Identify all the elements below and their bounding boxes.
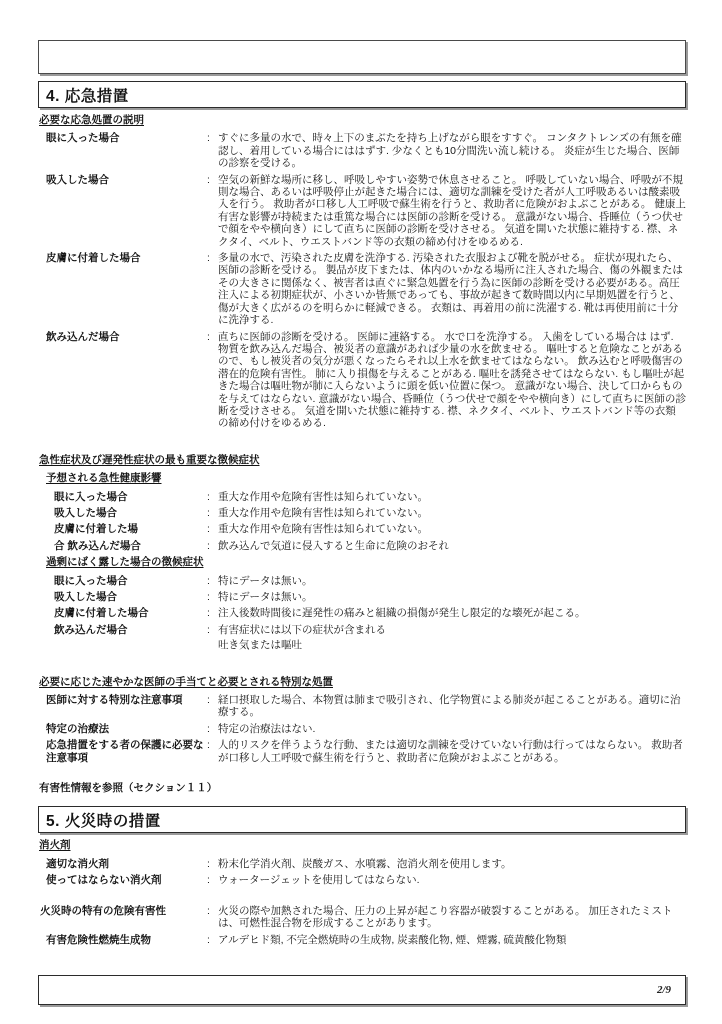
field-label: 眼に入った場合 <box>38 491 207 503</box>
field-label: 吸入した場合 <box>38 174 207 248</box>
field-value: アルデヒド類, 不完全燃焼時の生成物, 炭素酸化物, 煙、煙霧, 硫黄酸化物類 <box>218 934 686 946</box>
field-value: 有害症状には以下の症状が含まれる吐き気または嘔吐 <box>218 624 686 652</box>
group-heading: 必要な応急処置の説明 <box>38 114 686 126</box>
field-label: 飲み込んだ場合 <box>38 624 207 652</box>
field-label: 皮膚に付着した場合 <box>38 252 207 326</box>
field-value: 飲み込んで気道に侵入すると生命に危険のおそれ <box>218 540 686 552</box>
field-value: 空気の新鮮な場所に移し、呼吸しやすい姿勢で休息させること。 呼吸していない場合、… <box>218 174 686 248</box>
field-row: 眼に入った場合:特にデータは無い。 <box>38 575 686 587</box>
field-value: ウォータージェットを使用してはならない. <box>218 874 686 886</box>
field-value: 人的リスクを伴うような行動、または適切な訓練を受けていない行動は行ってはならない… <box>218 739 686 764</box>
field-colon: : <box>207 723 218 735</box>
field-value: 重大な作用や危険有害性は知られていない。 <box>218 491 686 503</box>
sds-document-page: 4. 応急措置必要な応急処置の説明眼に入った場合:すぐに多量の水で、時々上下のま… <box>0 0 722 1024</box>
field-row: 火災時の特有の危険有害性:火災の際や加熱された場合、圧力の上昇が起こり容器が破裂… <box>38 905 686 930</box>
field-row: 眼に入った場合:重大な作用や危険有害性は知られていない。 <box>38 491 686 503</box>
field-value: 特定の治療法はない. <box>218 723 686 735</box>
field-value: 特にデータは無い。 <box>218 591 686 603</box>
field-colon: : <box>207 739 218 764</box>
field-value: 直ちに医師の診断を受ける。 医師に連絡する。 水で口を洗浄する。 入歯をしている… <box>218 331 686 430</box>
field-value: 重大な作用や危険有害性は知られていない。 <box>218 523 686 535</box>
field-label: 使ってはならない消火剤 <box>38 874 207 886</box>
field-colon: : <box>207 132 218 169</box>
group-heading: 過剰にばく露した場合の徴候症状 <box>38 556 686 568</box>
field-label: 眼に入った場合 <box>38 575 207 587</box>
field-colon: : <box>207 858 218 870</box>
field-row: 飲み込んだ場合:直ちに医師の診断を受ける。 医師に連絡する。 水で口を洗浄する。… <box>38 331 686 430</box>
field-row: 特定の治療法:特定の治療法はない. <box>38 723 686 735</box>
field-label: 皮膚に付着した場合 <box>38 607 207 619</box>
field-colon: : <box>207 252 218 326</box>
field-colon: : <box>207 507 218 519</box>
field-colon: : <box>207 491 218 503</box>
field-colon: : <box>207 174 218 248</box>
field-value-line2: 吐き気または嘔吐 <box>218 639 686 651</box>
group-heading: 予想される急性健康影響 <box>38 472 686 484</box>
field-row: 吸入した場合:空気の新鮮な場所に移し、呼吸しやすい姿勢で休息させること。 呼吸し… <box>38 174 686 248</box>
field-row: 眼に入った場合:すぐに多量の水で、時々上下のまぶたを持ち上げながら眼をすすぐ。 … <box>38 132 686 169</box>
field-row: 飲み込んだ場合:有害症状には以下の症状が含まれる吐き気または嘔吐 <box>38 624 686 652</box>
field-label: 適切な消火剤 <box>38 858 207 870</box>
field-value: 重大な作用や危険有害性は知られていない。 <box>218 507 686 519</box>
field-value: すぐに多量の水で、時々上下のまぶたを持ち上げながら眼をすすぐ。 コンタクトレンズ… <box>218 132 686 169</box>
field-row: 医師に対する特別な注意事項:経口摂取した場合、本物質は肺まで吸引され、化学物質に… <box>38 694 686 719</box>
field-colon: : <box>207 905 218 930</box>
field-colon: : <box>207 591 218 603</box>
field-label: 皮膚に付着した場 <box>38 523 207 535</box>
sections-container: 4. 応急措置必要な応急処置の説明眼に入った場合:すぐに多量の水で、時々上下のま… <box>38 81 686 946</box>
field-colon: : <box>207 694 218 719</box>
section-body: 必要な応急処置の説明眼に入った場合:すぐに多量の水で、時々上下のまぶたを持ち上げ… <box>38 111 686 794</box>
field-colon: : <box>207 575 218 587</box>
field-colon: : <box>207 540 218 552</box>
field-row: 応急措置をする者の保護に必要な注意事項:人的リスクを伴うような行動、または適切な… <box>38 739 686 764</box>
field-value: 経口摂取した場合、本物質は肺まで吸引され、化学物質による肺炎が起こることがある。… <box>218 694 686 719</box>
group-heading: 急性症状及び遅発性症状の最も重要な徴候症状 <box>38 454 686 466</box>
field-colon: : <box>207 874 218 886</box>
reference-note: 有害性情報を参照（セクション１１） <box>38 782 686 794</box>
field-row: 皮膚に付着した場合:多量の水で、汚染された皮膚を洗浄する. 汚染された衣服および… <box>38 252 686 326</box>
field-label: 合 飲み込んだ場合 <box>38 540 207 552</box>
group-heading: 消火剤 <box>38 839 686 851</box>
field-colon: : <box>207 607 218 619</box>
document-body: 4. 応急措置必要な応急処置の説明眼に入った場合:すぐに多量の水で、時々上下のま… <box>38 40 686 950</box>
group-heading: 必要に応じた速やかな医師の手当てと必要とされる特別な処置 <box>38 676 686 688</box>
section-body: 消火剤適切な消火剤:粉末化学消火剤、炭酸ガス、水噴霧、泡消火剤を使用します。使っ… <box>38 836 686 945</box>
section-title-box: 5. 火災時の措置 <box>38 806 686 833</box>
header-box <box>38 40 686 74</box>
field-label: 特定の治療法 <box>38 723 207 735</box>
page-number: 2/9 <box>657 984 671 996</box>
field-colon: : <box>207 934 218 946</box>
field-value: 特にデータは無い。 <box>218 575 686 587</box>
field-value: 粉末化学消火剤、炭酸ガス、水噴霧、泡消火剤を使用します。 <box>218 858 686 870</box>
field-label: 有害危険性燃焼生成物 <box>38 934 207 946</box>
field-label: 飲み込んだ場合 <box>38 331 207 430</box>
footer-box: 2/9 <box>38 975 686 1005</box>
field-row: 適切な消火剤:粉末化学消火剤、炭酸ガス、水噴霧、泡消火剤を使用します。 <box>38 858 686 870</box>
section-title-box: 4. 応急措置 <box>38 81 686 108</box>
section-title: 4. 応急措置 <box>46 84 129 106</box>
field-row: 皮膚に付着した場:重大な作用や危険有害性は知られていない。 <box>38 523 686 535</box>
field-row: 使ってはならない消火剤:ウォータージェットを使用してはならない. <box>38 874 686 886</box>
field-value: 火災の際や加熱された場合、圧力の上昇が起こり容器が破裂することがある。 加圧され… <box>218 905 686 930</box>
field-label: 応急措置をする者の保護に必要な注意事項 <box>38 739 207 764</box>
field-value: 注入後数時間後に遅発性の痛みと組織の損傷が発生し限定的な壊死が起こる。 <box>218 607 686 619</box>
field-label: 火災時の特有の危険有害性 <box>38 905 207 930</box>
field-row: 有害危険性燃焼生成物:アルデヒド類, 不完全燃焼時の生成物, 炭素酸化物, 煙、… <box>38 934 686 946</box>
field-value: 多量の水で、汚染された皮膚を洗浄する. 汚染された衣服および靴を脱がせる。 症状… <box>218 252 686 326</box>
field-colon: : <box>207 624 218 652</box>
field-label: 医師に対する特別な注意事項 <box>38 694 207 719</box>
field-row: 皮膚に付着した場合:注入後数時間後に遅発性の痛みと組織の損傷が発生し限定的な壊死… <box>38 607 686 619</box>
field-label: 吸入した場合 <box>38 591 207 603</box>
field-row: 吸入した場合:重大な作用や危険有害性は知られていない。 <box>38 507 686 519</box>
field-label: 吸入した場合 <box>38 507 207 519</box>
section-title: 5. 火災時の措置 <box>46 809 161 831</box>
field-row: 吸入した場合:特にデータは無い。 <box>38 591 686 603</box>
field-label: 眼に入った場合 <box>38 132 207 169</box>
field-row: 合 飲み込んだ場合:飲み込んで気道に侵入すると生命に危険のおそれ <box>38 540 686 552</box>
field-colon: : <box>207 331 218 430</box>
field-colon: : <box>207 523 218 535</box>
